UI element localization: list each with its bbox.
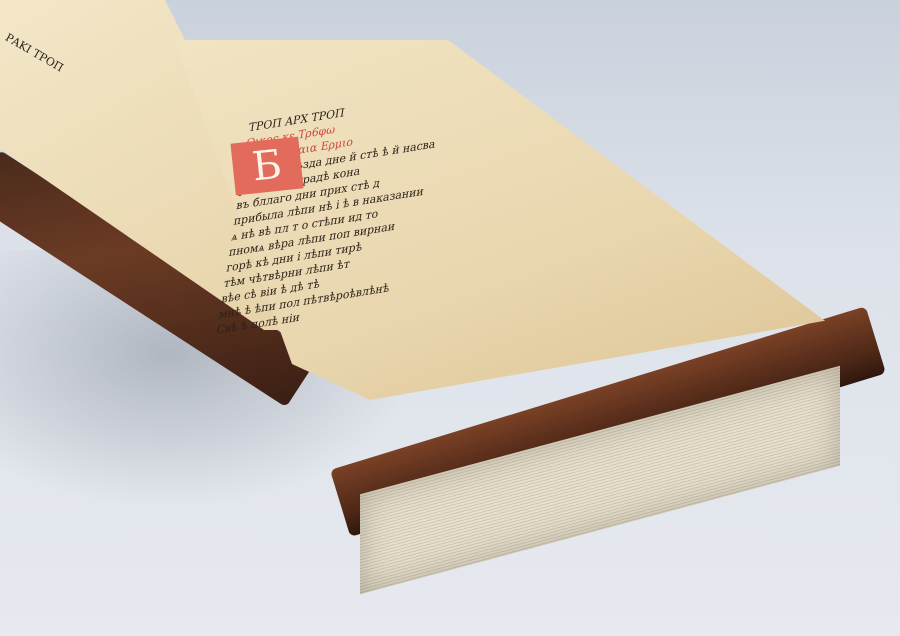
photo-scene: ΡΑΚΙ ΤΡΟΠ ΤΡΟΠ ΑΡΧ ΤΡΟΠ Οικος κε Τρ6φω Τ… — [0, 0, 900, 636]
red-initial-letter: Б — [230, 137, 303, 196]
right-page-text: ΤΡΟΠ ΑΡΧ ΤΡΟΠ Οικος κε Τρ6φω Τ Пν Μνναια… — [215, 89, 444, 338]
